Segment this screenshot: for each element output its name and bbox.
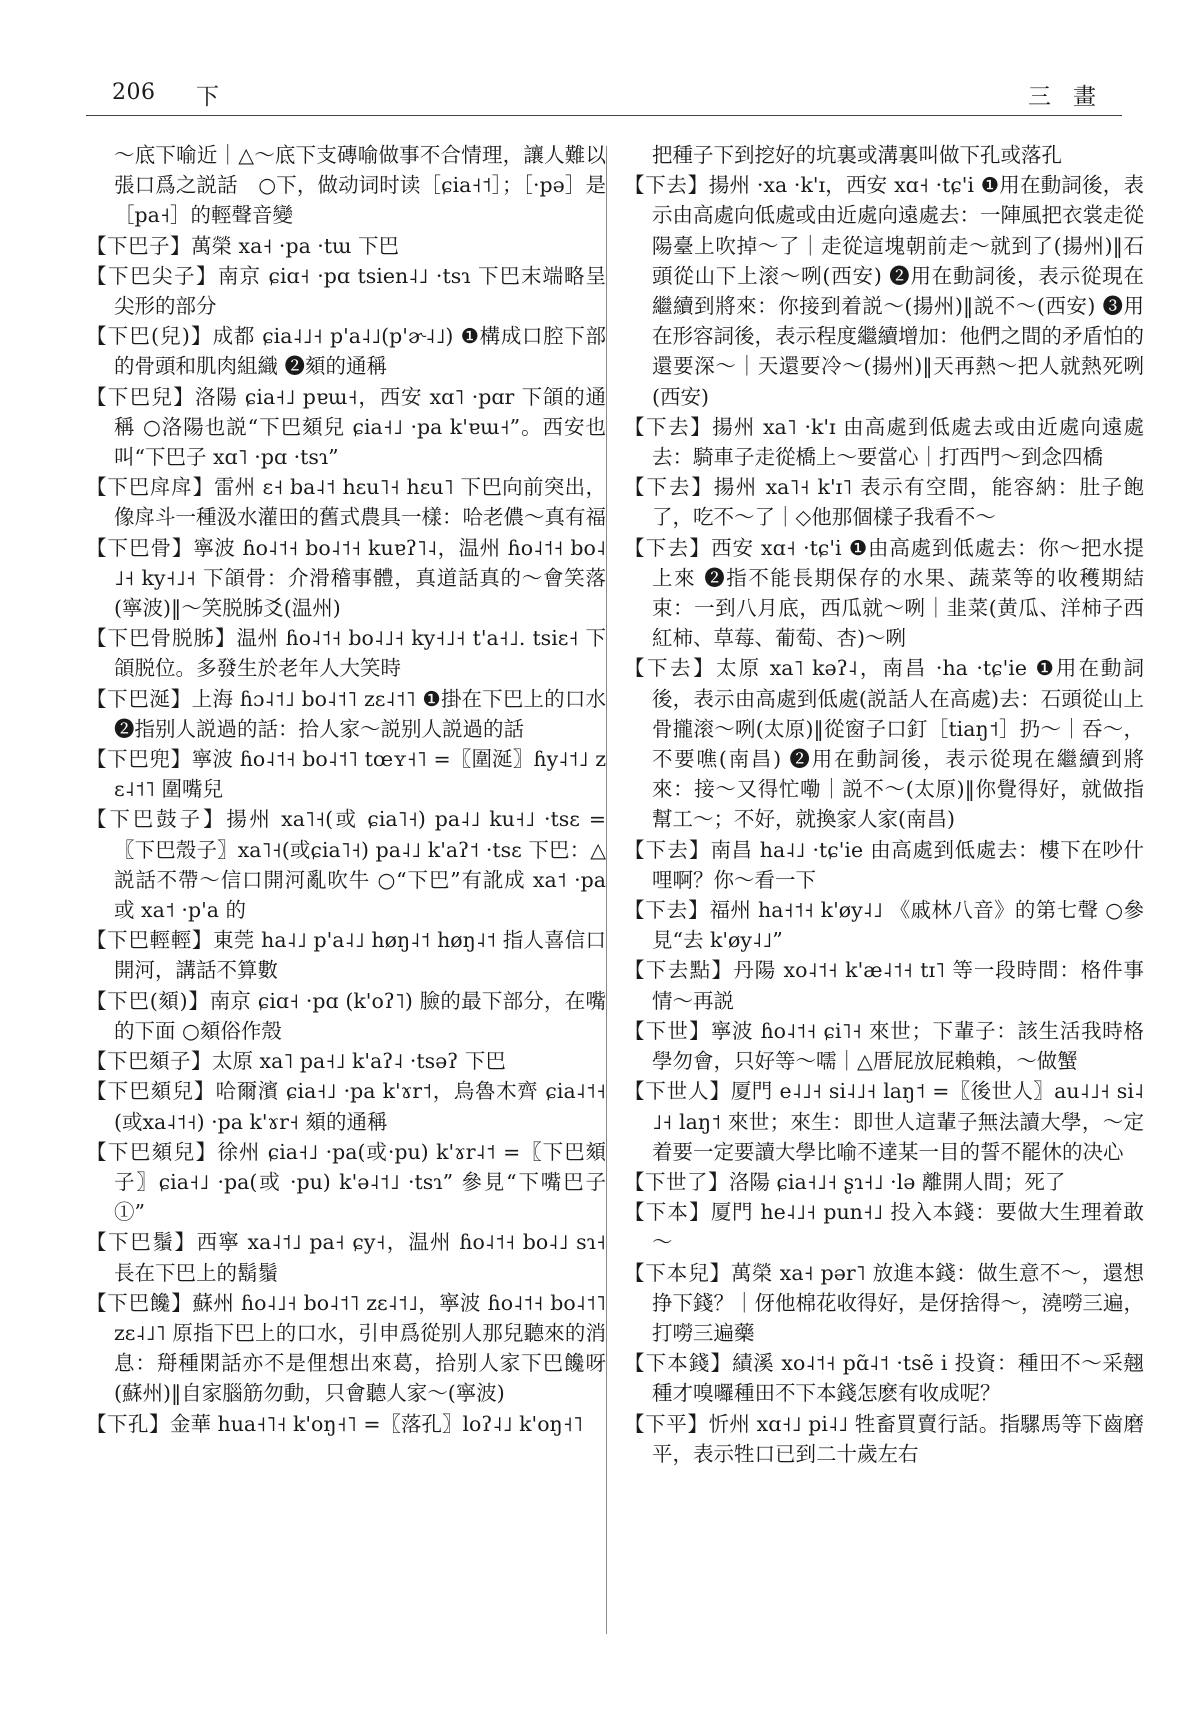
- entry-headword: 【下巴輕輕】: [86, 928, 213, 952]
- entry-headword: 【下去】: [624, 898, 709, 922]
- dictionary-entry: 【下去】福州 ha˧˦˧ k'øy˨˩ 《戚林八音》的第七聲 ○參見“去 k'ø…: [624, 895, 1144, 955]
- entry-headword: 【下巴(頦)】: [86, 989, 210, 1013]
- entry-headword: 【下去】: [624, 475, 714, 499]
- entry-headword: 【下孔】: [86, 1412, 170, 1436]
- entry-headword: 【下巴鬚】: [86, 1230, 197, 1254]
- entry-definition: 洛陽 ɕia˧˩˧ ʂɿ˧˩ ·lə 離開人間；死了: [729, 1170, 1065, 1194]
- entry-headword: 【下巴鼓子】: [86, 807, 226, 831]
- entry-headword: 【下世了】: [624, 1170, 729, 1194]
- dictionary-entry: 【下世人】厦門 e˨˩˧ si˨˩˧ laŋ˦ =〖後世人〗au˨˩˧ si˨˩…: [624, 1076, 1144, 1167]
- dictionary-entry: 【下去】西安 xɑ˧ ·tɕ'i ❶由高處到低處去：你～把水提上來 ❷指不能長期…: [624, 533, 1144, 654]
- entry-headword: 【下本錢】: [624, 1351, 732, 1375]
- right-column: 把種子下到挖好的坑裏或溝裏叫做下孔或落孔【下去】揚州 ·xa ·k'ɪ，西安 x…: [624, 140, 1144, 1469]
- dictionary-entry: 【下去】揚州 ·xa ·k'ɪ，西安 xɑ˧ ·tɕ'i ❶用在動詞後，表示由高…: [624, 170, 1144, 412]
- entry-definition: 忻州 xɑ˧˩ pi˨˩ 牲畜買賣行話。指騾馬等下齒磨平，表示牲口已到二十歲左右: [652, 1412, 1144, 1466]
- entry-headword: 【下巴饞】: [86, 1291, 193, 1315]
- dictionary-entry: 【下巴戽戽】雷州 ɛ˧ ba˨˦ hɛu˥˧ hɛu˥ 下巴向前突出，像戽斗一種…: [86, 472, 606, 532]
- dictionary-entry: 【下巴輕輕】東莞 ha˨˩ p'a˨˩ høŋ˨˦ høŋ˨˦ 指人喜信口開河，…: [86, 925, 606, 985]
- page-number: 206: [112, 80, 156, 105]
- section-title: 三畫: [1028, 78, 1118, 111]
- dictionary-entry: 【下本】厦門 he˨˩˧ pun˧˩ 投入本錢：要做大生理着敢～: [624, 1197, 1144, 1257]
- dictionary-entry: 【下巴頦兒】哈爾濱 ɕia˧˩ ·pa k'ɤr˦，烏魯木齊 ɕia˨˦˧(或x…: [86, 1076, 606, 1136]
- entry-definition: 金華 hua˧˥˧ k'oŋ˧˥ =〖落孔〗loʔ˨˩ k'oŋ˧˥: [170, 1412, 583, 1436]
- entry-definition: 揚州 xa˥˧ k'ɪ˥ 表示有空間，能容納：肚子飽了，吃不～了｜◇他那個樣子我…: [652, 475, 1144, 529]
- entry-definition: 太原 xa˥ kəʔ˨，南昌 ·ha ·tɕ'ie ❶用在動詞後，表示由高處到低…: [652, 656, 1144, 831]
- dictionary-entry: 【下巴(頦)】南京 ɕiɑ˧ ·pɑ (k'oʔ˥) 臉的最下部分，在嘴的下面 …: [86, 986, 606, 1046]
- continuation-text: 把種子下到挖好的坑裏或溝裏叫做下孔或落孔: [652, 143, 1062, 167]
- dictionary-entry: 【下巴骨】寧波 ɦo˨˦˧ bo˨˦˧ kuɐʔ˥˨，温州 ɦo˨˦˧ bo˨˩…: [86, 533, 606, 624]
- entry-definition: 西安 xɑ˧ ·tɕ'i ❶由高處到低處去：你～把水提上來 ❷指不能長期保存的水…: [652, 536, 1144, 651]
- entry-headword: 【下巴骨】: [86, 536, 193, 560]
- dictionary-entry: 【下巴鬚】西寧 xa˨˦˩ pa˧ ɕy˧，温州 ɦo˨˦˧ bo˨˩ sɿ˧ …: [86, 1227, 606, 1287]
- dictionary-entry: 【下平】忻州 xɑ˧˩ pi˨˩ 牲畜買賣行話。指騾馬等下齒磨平，表示牲口已到二…: [624, 1409, 1144, 1469]
- header-rule: [86, 115, 1122, 116]
- entry-headword: 【下世人】: [624, 1079, 731, 1103]
- dictionary-entry: 【下本錢】績溪 xo˨˦˧ pɑ̃˨˦ ·tsẽ i 投資：種田不～采翹種才嗅囉…: [624, 1348, 1144, 1408]
- header-character: 下: [196, 78, 219, 111]
- dictionary-entry: 【下去】揚州 xa˥ ·k'ɪ 由高處到低處去或由近處向遠處去：騎車子走從橋上～…: [624, 412, 1144, 472]
- dictionary-entry: 【下去】太原 xa˥ kəʔ˨，南昌 ·ha ·tɕ'ie ❶用在動詞後，表示由…: [624, 653, 1144, 834]
- dictionary-entry: 【下本兒】萬榮 xa˧ pər˥ 放進本錢：做生意不～，還想挣下錢？｜伢他棉花收…: [624, 1258, 1144, 1349]
- entry-headword: 【下巴子】: [86, 234, 191, 258]
- entry-headword: 【下本】: [624, 1200, 711, 1224]
- left-column: ～底下喻近｜△～底下支磚喻做事不合情理，讓人難以張口爲之説話 ○下，做动词时读［…: [86, 140, 606, 1439]
- dictionary-entry: 【下巴涎】上海 ɦɔ˨˦˩ bo˨˦˥ zɛ˨˦˥ ❶掛在下巴上的口水 ❷指别人…: [86, 684, 606, 744]
- entry-headword: 【下本兒】: [624, 1261, 731, 1285]
- entry-definition: 太原 xa˥ pa˧˩ k'aʔ˨ ·tsəʔ 下巴: [212, 1049, 506, 1073]
- entry-headword: 【下去】: [624, 415, 712, 439]
- dictionary-entry: 【下去】南昌 ha˨˩ ·tɕ'ie 由高處到低處去：樓下在吵什哩啊？你～看一下: [624, 835, 1144, 895]
- dictionary-entry: 【下巴兜】寧波 ɦo˨˦˧ bo˨˦˥ tœʏ˧˥ =〖圍涎〗ɦy˨˦˩ zɛ˨…: [86, 744, 606, 804]
- entry-headword: 【下去】: [624, 536, 711, 560]
- entry-headword: 【下世】: [624, 1019, 711, 1043]
- entry-headword: 【下巴兜】: [86, 747, 192, 771]
- continuation-text: ～底下喻近｜△～底下支磚喻做事不合情理，讓人難以張口爲之説話 ○下，做动词时读［…: [114, 143, 606, 227]
- dictionary-entry: 【下巴尖子】南京 ɕiɑ˧ ·pɑ tsien˨˩ ·tsɿ 下巴末端略呈尖形的…: [86, 261, 606, 321]
- dictionary-entry: 【下巴(兒)】成都 ɕia˨˩˧ p'a˨˩(p'ɚ˨˩) ❶構成口腔下部的骨頭…: [86, 321, 606, 381]
- entry-headword: 【下去】: [624, 173, 709, 197]
- dictionary-entry: 【下去】揚州 xa˥˧ k'ɪ˥ 表示有空間，能容納：肚子飽了，吃不～了｜◇他那…: [624, 472, 1144, 532]
- entry-definition: 寧波 ɦo˨˦˧ ɕi˥˧ 來世；下輩子：該生活我時格學勿會，只好等～嚅｜△厝屁…: [652, 1019, 1144, 1073]
- entry-headword: 【下巴(兒)】: [86, 324, 213, 348]
- entry-headword: 【下平】: [624, 1412, 709, 1436]
- dictionary-entry: 【下世】寧波 ɦo˨˦˧ ɕi˥˧ 來世；下輩子：該生活我時格學勿會，只好等～嚅…: [624, 1016, 1144, 1076]
- entry-definition: 福州 ha˧˦˧ k'øy˨˩ 《戚林八音》的第七聲 ○參見“去 k'øy˨˩”: [652, 898, 1144, 952]
- entry-definition: 揚州 xa˥ ·k'ɪ 由高處到低處去或由近處向遠處去：騎車子走從橋上～要當心｜…: [652, 415, 1144, 469]
- entry-definition: 厦門 he˨˩˧ pun˧˩ 投入本錢：要做大生理着敢～: [652, 1200, 1144, 1254]
- entry-headword: 【下去】: [624, 656, 716, 680]
- entry-headword: 【下去】: [624, 838, 710, 862]
- dictionary-entry: 【下巴頦兒】徐州 ɕia˧˩ ·pa(或·pu) k'ɤr˨˦ =〖下巴頦子〗ɕ…: [86, 1137, 606, 1228]
- entry-headword: 【下巴尖子】: [86, 264, 218, 288]
- dictionary-entry: 【下世了】洛陽 ɕia˧˩˧ ʂɿ˧˩ ·lə 離開人間；死了: [624, 1167, 1144, 1197]
- entry-definition: 萬榮 xa˧ ·pa ·tɯ 下巴: [191, 234, 399, 258]
- entry-headword: 【下巴戽戽】: [86, 475, 214, 499]
- entry-continuation: ～底下喻近｜△～底下支磚喻做事不合情理，讓人難以張口爲之説話 ○下，做动词时读［…: [86, 140, 606, 231]
- dictionary-entry: 【下去點】丹陽 xo˨˦˧ k'æ˨˦˧ tɪ˥ 等一段時間：格件事情～再説: [624, 955, 1144, 1015]
- entry-headword: 【下巴頦子】: [86, 1049, 212, 1073]
- entry-headword: 【下巴頦兒】: [86, 1140, 217, 1164]
- entry-headword: 【下巴兒】: [86, 385, 195, 409]
- dictionary-entry: 【下孔】金華 hua˧˥˧ k'oŋ˧˥ =〖落孔〗loʔ˨˩ k'oŋ˧˥: [86, 1409, 606, 1439]
- entry-headword: 【下巴頦兒】: [86, 1079, 216, 1103]
- entry-headword: 【下去點】: [624, 958, 733, 982]
- entry-continuation: 把種子下到挖好的坑裏或溝裏叫做下孔或落孔: [624, 140, 1144, 170]
- page-header: 206 下 三畫: [86, 76, 1122, 112]
- dictionary-entry: 【下巴饞】蘇州 ɦo˨˩˧ bo˨˦˥ zɛ˨˦˩，寧波 ɦo˨˦˧ bo˨˦˥…: [86, 1288, 606, 1409]
- dictionary-entry: 【下巴子】萬榮 xa˧ ·pa ·tɯ 下巴: [86, 231, 606, 261]
- column-divider: [606, 146, 607, 1634]
- dictionary-entry: 【下巴鼓子】揚州 xa˥˧(或 ɕia˥˧) pa˨˩ ku˧˩ ·tsɛ =〖…: [86, 804, 606, 925]
- entry-definition: 南昌 ha˨˩ ·tɕ'ie 由高處到低處去：樓下在吵什哩啊？你～看一下: [652, 838, 1144, 892]
- dictionary-entry: 【下巴兒】洛陽 ɕia˧˩ pɐɯ˧，西安 xɑ˥ ·pɑr 下頜的通稱 ○洛陽…: [86, 382, 606, 473]
- entry-definition: 揚州 ·xa ·k'ɪ，西安 xɑ˧ ·tɕ'i ❶用在動詞後，表示由高處向低處…: [652, 173, 1144, 408]
- dictionary-entry: 【下巴骨脱胏】温州 ɦo˨˦˧ bo˨˩˧ ky˧˩˧ t'a˧˩. tsiɛ˧…: [86, 623, 606, 683]
- entry-headword: 【下巴涎】: [86, 687, 192, 711]
- dictionary-entry: 【下巴頦子】太原 xa˥ pa˧˩ k'aʔ˨ ·tsəʔ 下巴: [86, 1046, 606, 1076]
- entry-headword: 【下巴骨脱胏】: [86, 626, 237, 650]
